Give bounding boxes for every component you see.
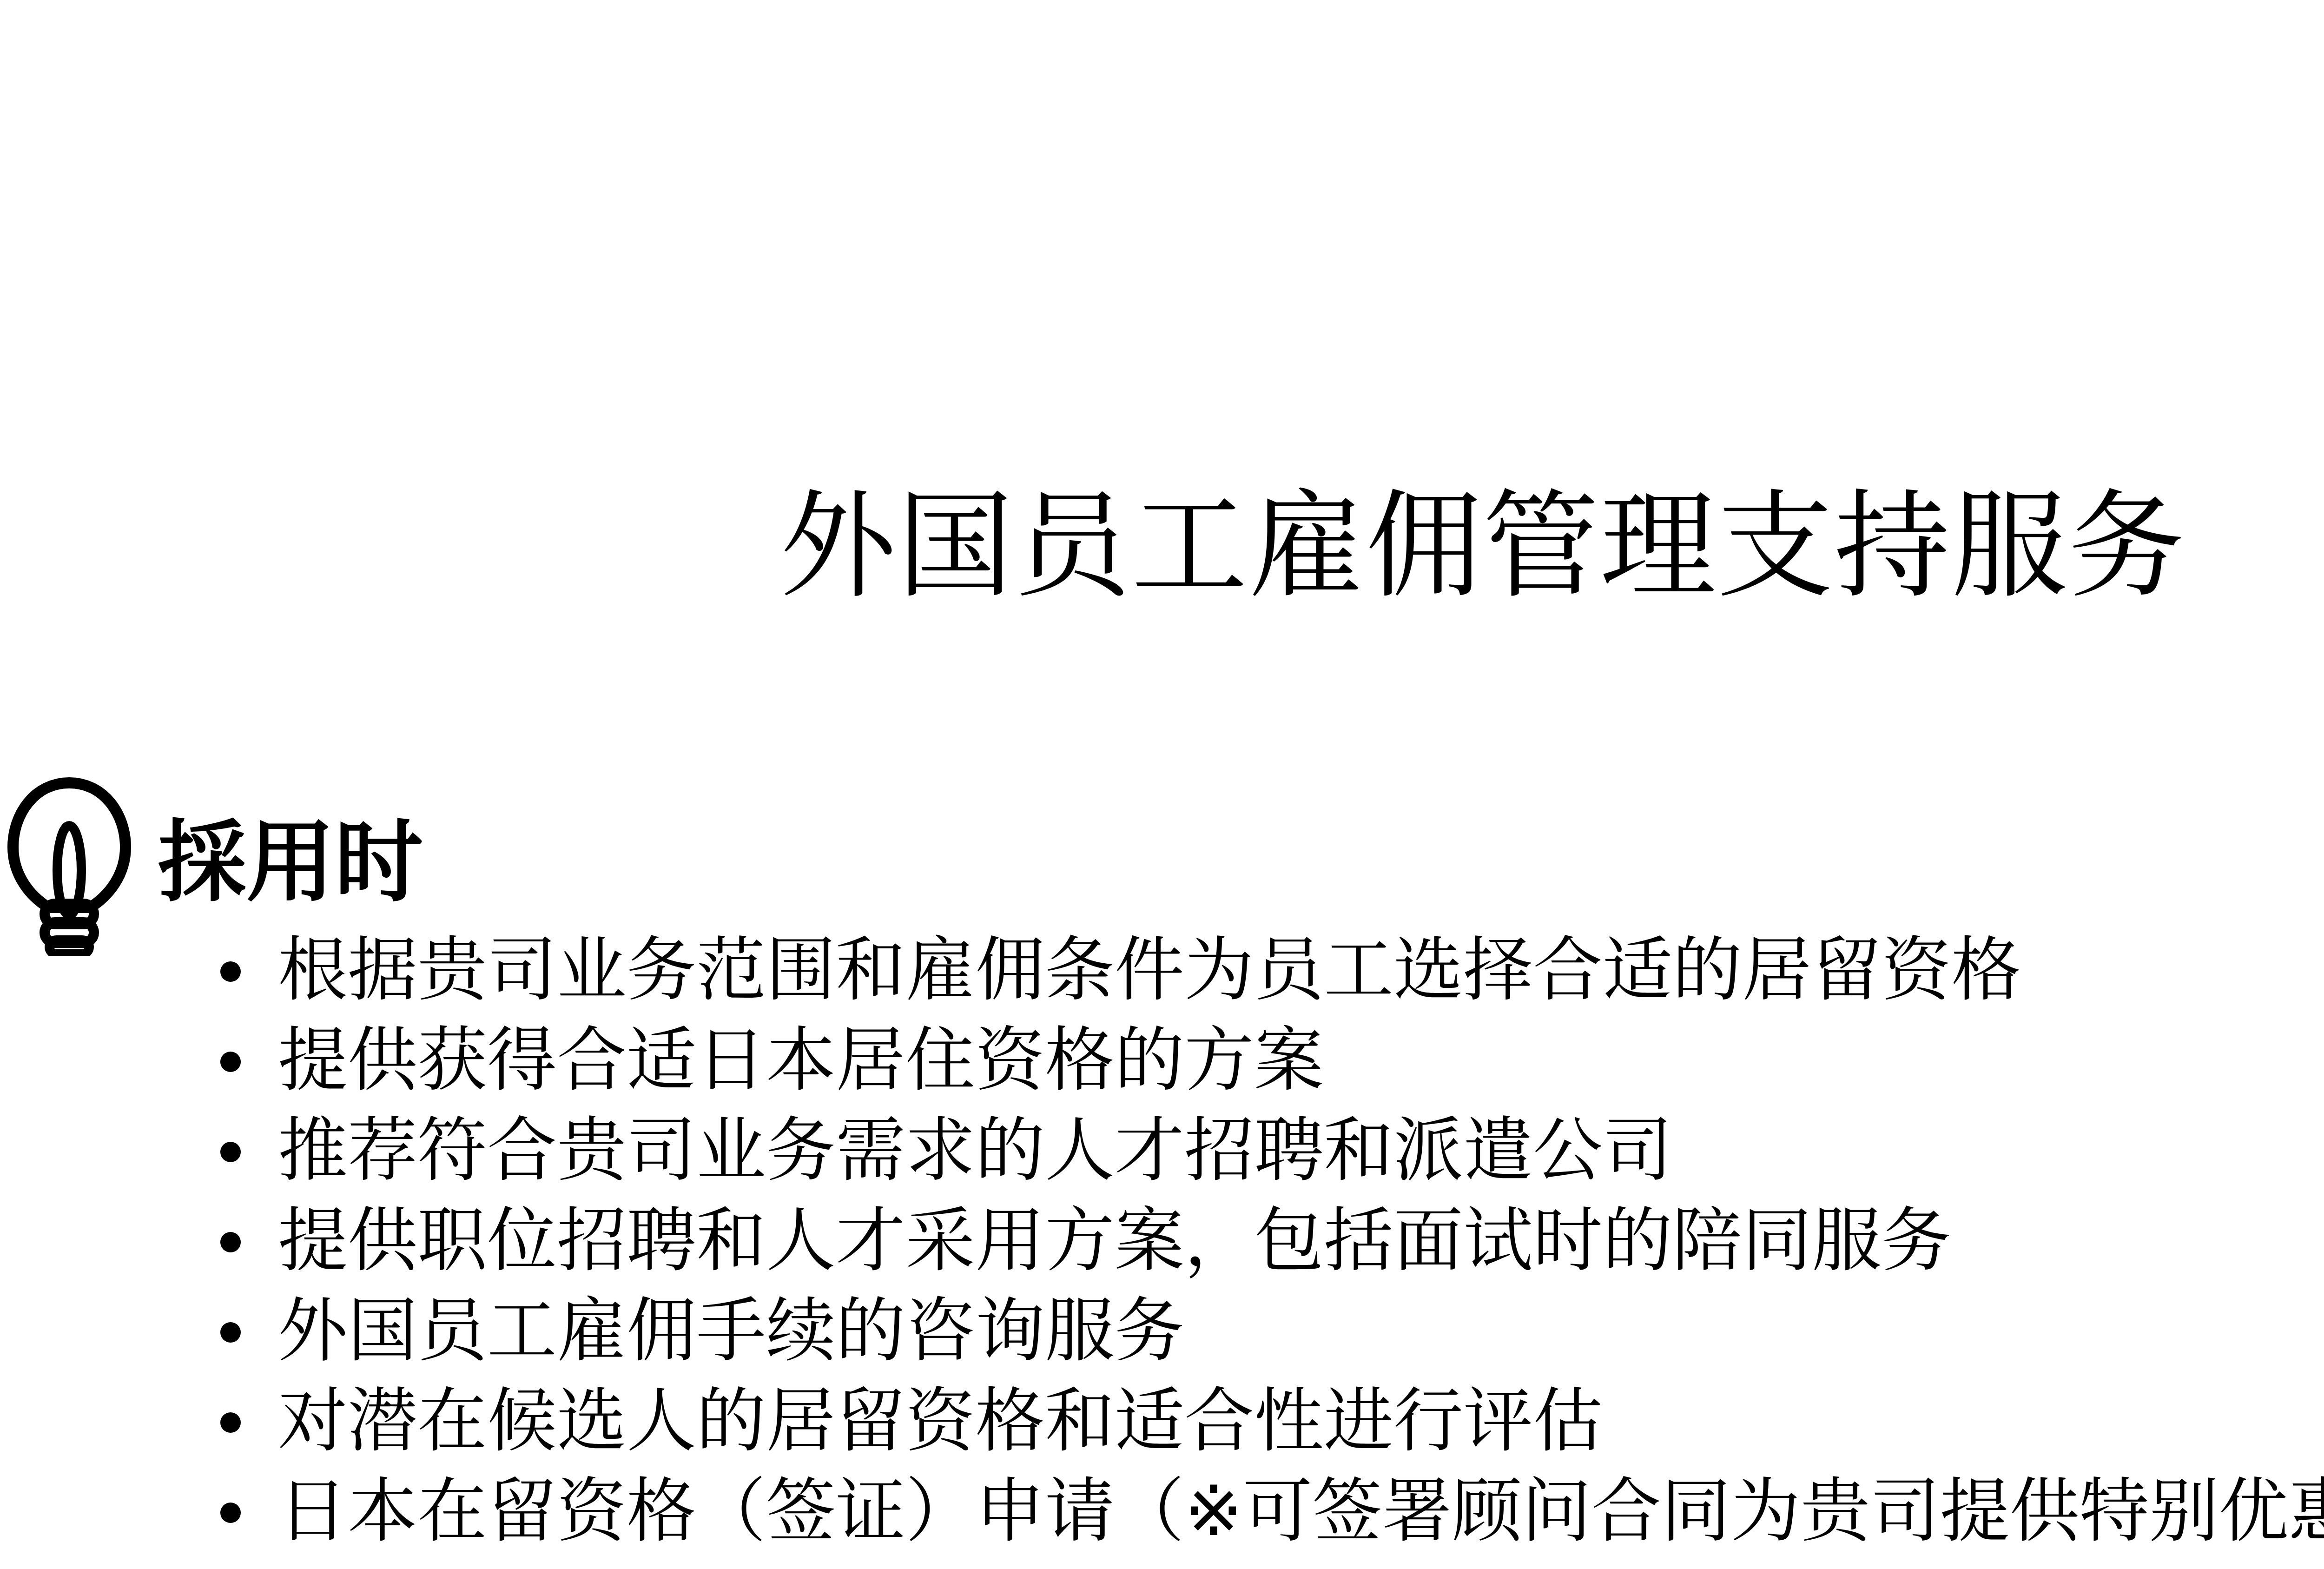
list-item: 对潜在候选人的居留资格和适合性进行评估 <box>0 1376 2324 1466</box>
bullet-icon <box>220 1232 241 1252</box>
bullet-icon <box>220 1052 241 1072</box>
list-item: 提供获得合适日本居住资格的方案 <box>0 1015 2324 1106</box>
list-item: 推荐符合贵司业务需求的人才招聘和派遣公司 <box>0 1106 2324 1196</box>
list-item-text: 外国员工雇佣手续的咨询服务 <box>278 1291 1184 1371</box>
list-item: 提供职位招聘和人才采用方案，包括面试时的陪同服务 <box>0 1196 2324 1286</box>
bullet-icon <box>220 1503 241 1523</box>
list-item-text: 根据贵司业务范围和雇佣条件为员工选择合适的居留资格 <box>278 930 2021 1011</box>
list-item-text: 提供获得合适日本居住资格的方案 <box>278 1020 1324 1101</box>
list-item-text: 日本在留资格（签证）申请（※可签署顾问合同为贵司提供特别优惠） <box>278 1471 2324 1552</box>
bullet-icon <box>220 961 241 982</box>
service-list: 根据贵司业务范围和雇佣条件为员工选择合适的居留资格 提供获得合适日本居住资格的方… <box>0 925 2324 1556</box>
list-item-text: 提供职位招聘和人才采用方案，包括面试时的陪同服务 <box>278 1200 1951 1281</box>
list-item-text: 对潜在候选人的居留资格和适合性进行评估 <box>278 1381 1603 1462</box>
bullet-icon <box>220 1142 241 1162</box>
bullet-icon <box>220 1322 241 1343</box>
page-title: 外国员工雇佣管理支持服务 <box>0 470 2324 623</box>
list-item-text: 推荐符合贵司业务需求的人才招聘和派遣公司 <box>278 1110 1672 1191</box>
list-item: 日本在留资格（签证）申请（※可签署顾问合同为贵司提供特别优惠） <box>0 1466 2324 1556</box>
list-item: 外国员工雇佣手续的咨询服务 <box>0 1286 2324 1376</box>
list-item: 根据贵司业务范围和雇佣条件为员工选择合适的居留资格 <box>0 925 2324 1015</box>
bullet-icon <box>220 1412 241 1433</box>
section-heading: 採用时 <box>158 807 423 918</box>
